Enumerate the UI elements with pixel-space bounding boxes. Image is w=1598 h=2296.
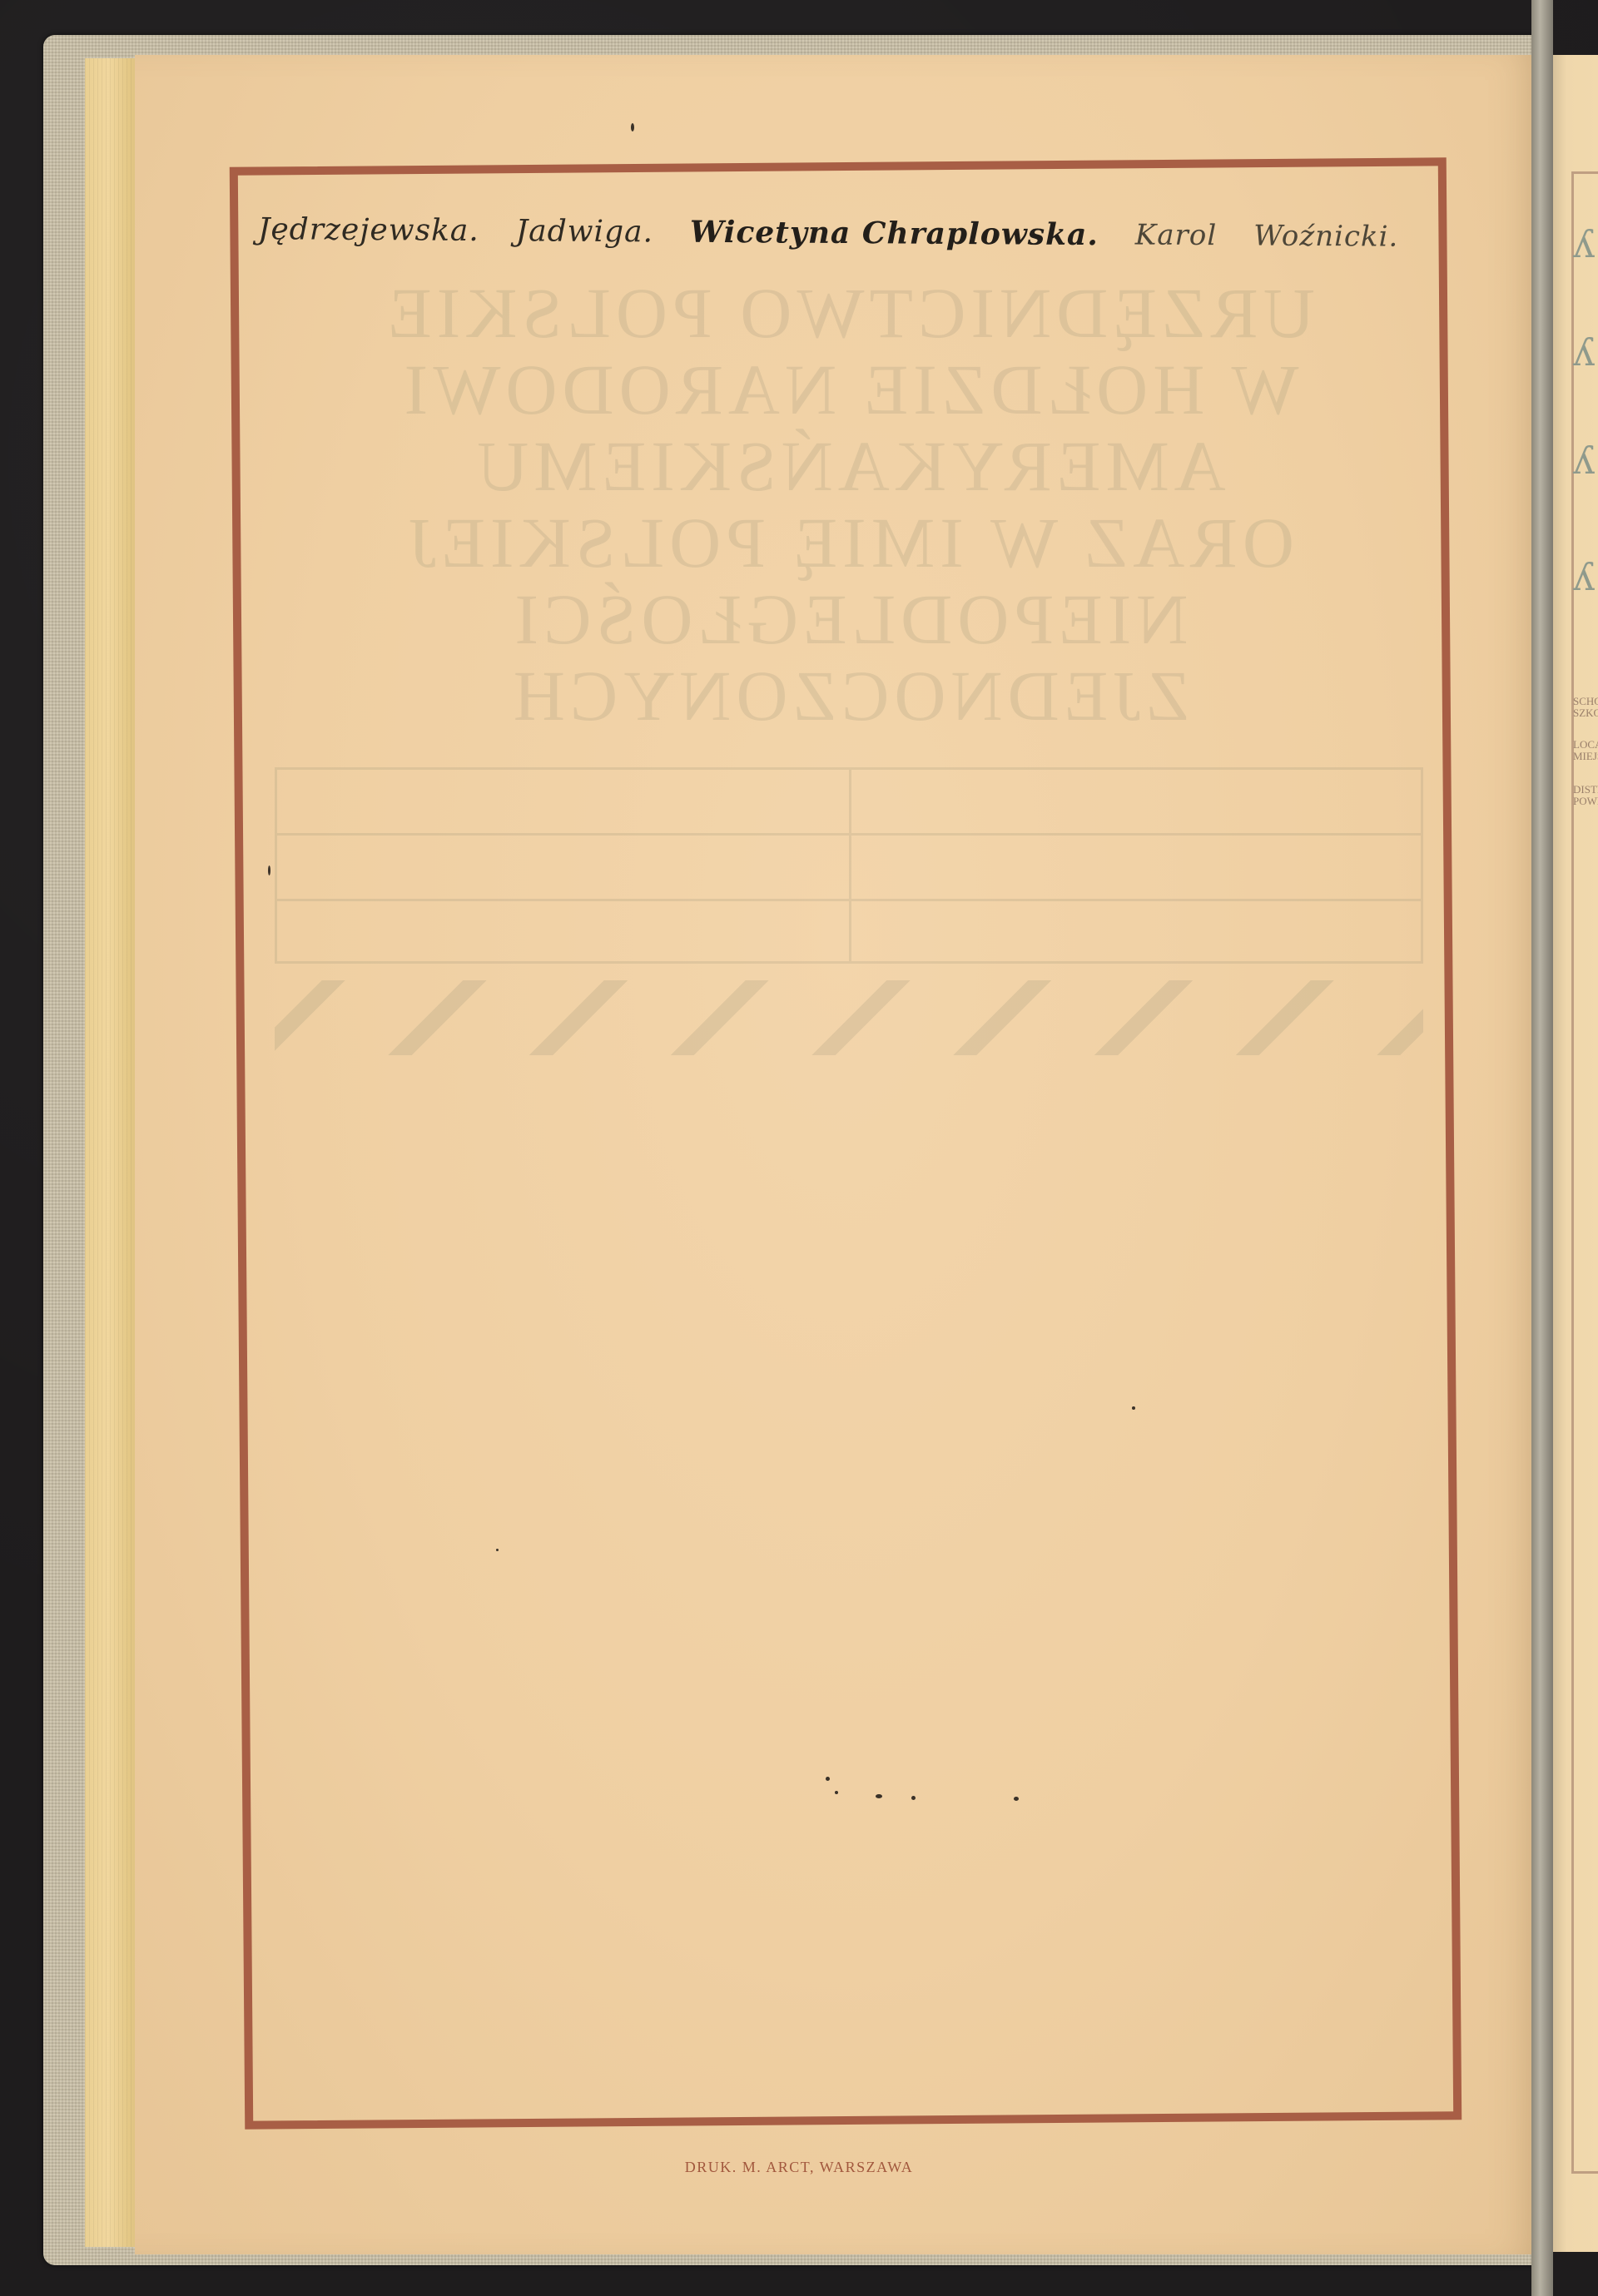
handwritten-signatures: Jędrzejewska. Jadwiga. Wicetyna Chraplow… <box>258 183 1424 283</box>
ink-speck <box>835 1791 838 1794</box>
signature-3-firstname: Karol <box>1135 218 1218 252</box>
adjacent-label: SCHOO <box>1573 696 1598 707</box>
red-printed-border <box>230 157 1462 2129</box>
ink-speck <box>496 1549 499 1551</box>
ink-speck <box>268 865 270 875</box>
ink-speck <box>911 1796 916 1800</box>
signature-3-surname: Woźnicki. <box>1253 219 1398 253</box>
book-gutter <box>1531 0 1553 2296</box>
ornament-glyph: ʎ <box>1573 554 1595 599</box>
ornament-glyph: ʎ <box>1573 221 1595 266</box>
ink-speck <box>631 123 634 131</box>
signature-2: Wicetyna Chraplowska. <box>690 215 1099 252</box>
adjacent-label: DISTR <box>1573 784 1598 796</box>
ornament-glyph: ʎ <box>1573 330 1595 374</box>
adjacent-label: SZKOŁ <box>1573 707 1598 719</box>
adjacent-page: ʎ ʎ ʎ ʎ SCHOO SZKOŁ LOCAL MIEJSC DISTR P… <box>1553 55 1598 2252</box>
signature-firstname-1: Jadwiga. <box>516 214 654 249</box>
ornament-glyph: ʎ <box>1573 438 1595 483</box>
ink-speck <box>1132 1406 1135 1410</box>
ink-speck <box>826 1777 830 1781</box>
ink-speck <box>876 1794 882 1798</box>
signature-surname-1: Jędrzejewska. <box>258 212 479 248</box>
ink-speck <box>1014 1797 1019 1801</box>
printer-imprint: DRUK. M. ARCT, WARSZAWA <box>0 2159 1598 2176</box>
adjacent-label: MIEJSC <box>1573 751 1598 762</box>
adjacent-label: LOCAL <box>1573 739 1598 751</box>
adjacent-label: POWIA <box>1573 796 1598 807</box>
